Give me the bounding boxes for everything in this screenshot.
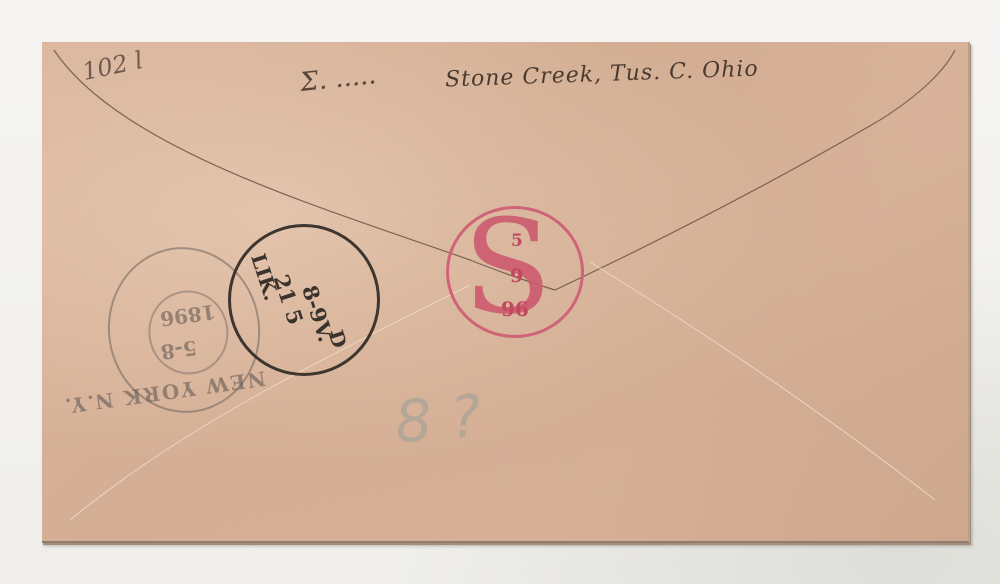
postmark-month: 5 bbox=[511, 231, 523, 251]
postmark-day: 9 bbox=[510, 265, 523, 287]
postmark-inner-ring bbox=[143, 285, 234, 379]
postmark-date: 5-8 bbox=[159, 336, 198, 365]
transit-postmark: LIK. 21 5 8-9V. D bbox=[228, 224, 380, 376]
pencil-note: 8 ? bbox=[392, 381, 484, 456]
postmark-year: 96 bbox=[501, 297, 529, 321]
receiving-postmark: S 5 9 96 bbox=[446, 206, 584, 338]
